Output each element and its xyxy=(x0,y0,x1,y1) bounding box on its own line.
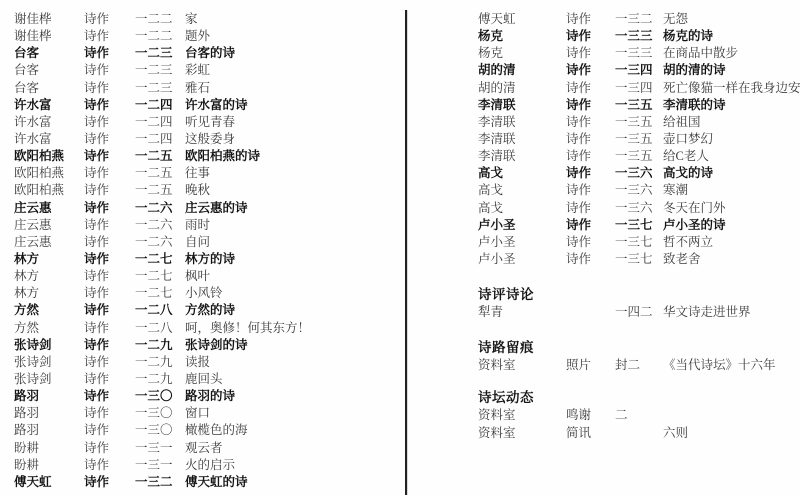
toc-cell-name: 谢佳桦 xyxy=(14,28,84,45)
toc-row: 林方诗作一二七枫叶 xyxy=(14,268,402,285)
toc-cell-type: 简讯 xyxy=(566,425,615,442)
toc-cell-type: 诗作 xyxy=(566,165,615,182)
toc-cell-title: 张诗剑的诗 xyxy=(185,337,402,354)
toc-cell-type: 诗作 xyxy=(84,148,135,165)
toc-cell-title: 小风铃 xyxy=(185,285,402,302)
toc-cell-name: 谢佳桦 xyxy=(14,11,84,28)
toc-cell-type: 诗作 xyxy=(84,268,135,285)
toc-cell-title: 台客的诗 xyxy=(185,45,402,62)
toc-cell-name: 许水富 xyxy=(14,97,84,114)
section-rows: 资料室照片封二《当代诗坛》十六年 xyxy=(478,357,796,374)
toc-cell-page: 一三七 xyxy=(615,251,663,268)
toc-cell-title: 火的启示 xyxy=(185,457,402,474)
toc-cell-name: 卢小圣 xyxy=(478,234,566,251)
toc-cell-type: 诗作 xyxy=(84,354,135,371)
toc-cell-page: 一三五 xyxy=(615,131,663,148)
toc-cell-title: 林方的诗 xyxy=(185,251,402,268)
toc-cell-name: 傅天虹 xyxy=(14,474,84,491)
toc-cell-page: 一三一 xyxy=(135,440,185,457)
toc-cell-title: 听见青春 xyxy=(185,114,402,131)
toc-cell-page: 一二四 xyxy=(135,114,185,131)
toc-cell-type: 诗作 xyxy=(84,422,135,439)
toc-cell-type: 鸣谢 xyxy=(566,407,615,424)
toc-cell-page: 一二三 xyxy=(135,45,185,62)
toc-cell-title: 雅石 xyxy=(185,80,402,97)
toc-cell-page: 一二七 xyxy=(135,285,185,302)
toc-cell-page: 一二四 xyxy=(135,131,185,148)
toc-cell-title: 读报 xyxy=(185,354,402,371)
toc-cell-title: 给C老人 xyxy=(663,148,796,165)
toc-cell-page: 一二九 xyxy=(135,371,185,388)
toc-cell-page: 一三五 xyxy=(615,114,663,131)
toc-cell-type: 诗作 xyxy=(566,234,615,251)
toc-cell-type: 诗作 xyxy=(84,62,135,79)
toc-row: 庄云惠诗作一二六庄云惠的诗 xyxy=(14,200,402,217)
toc-cell-page: 一二三 xyxy=(135,62,185,79)
toc-cell-page: 一三六 xyxy=(615,182,663,199)
toc-cell-title: 壶口梦幻 xyxy=(663,131,796,148)
toc-cell-title: 这般委身 xyxy=(185,131,402,148)
toc-cell-type: 诗作 xyxy=(566,148,615,165)
toc-row: 庄云惠诗作一二六雨时 xyxy=(14,217,402,234)
toc-cell-name: 卢小圣 xyxy=(478,251,566,268)
toc-cell-name: 路羽 xyxy=(14,388,84,405)
toc-left-column: 谢佳桦诗作一二二家谢佳桦诗作一二二题外台客诗作一二三台客的诗台客诗作一二三彩虹台… xyxy=(14,11,402,491)
toc-row: 张诗剑诗作一二九读报 xyxy=(14,354,402,371)
toc-row: 许水富诗作一二四许水富的诗 xyxy=(14,97,402,114)
toc-cell-type: 诗作 xyxy=(84,182,135,199)
toc-cell-name: 林方 xyxy=(14,251,84,268)
toc-cell-name: 张诗剑 xyxy=(14,371,84,388)
toc-cell-title xyxy=(663,407,796,424)
toc-cell-title: 寒潮 xyxy=(663,182,796,199)
toc-cell-name: 盼耕 xyxy=(14,457,84,474)
toc-cell-title: 窗口 xyxy=(185,405,402,422)
toc-cell-title: 题外 xyxy=(185,28,402,45)
toc-cell-type: 诗作 xyxy=(566,217,615,234)
toc-row: 李清联诗作一三五李清联的诗 xyxy=(478,97,796,114)
toc-row: 庄云惠诗作一二六自问 xyxy=(14,234,402,251)
toc-cell-page: 一二九 xyxy=(135,354,185,371)
toc-row: 林方诗作一二七小风铃 xyxy=(14,285,402,302)
toc-row: 高戈诗作一三六冬天在门外 xyxy=(478,200,796,217)
toc-cell-name: 张诗剑 xyxy=(14,337,84,354)
toc-cell-type: 诗作 xyxy=(84,440,135,457)
toc-row: 许水富诗作一二四听见青春 xyxy=(14,114,402,131)
toc-cell-page: 一二五 xyxy=(135,182,185,199)
toc-row: 傅天虹诗作一三二无怨 xyxy=(478,11,796,28)
toc-cell-type: 诗作 xyxy=(566,62,615,79)
toc-row: 谢佳桦诗作一二二家 xyxy=(14,11,402,28)
toc-cell-type: 诗作 xyxy=(84,234,135,251)
toc-row: 高戈诗作一三六高戈的诗 xyxy=(478,165,796,182)
toc-row: 卢小圣诗作一三七致老舍 xyxy=(478,251,796,268)
toc-row: 李清联诗作一三五给祖国 xyxy=(478,114,796,131)
toc-cell-type: 诗作 xyxy=(84,97,135,114)
section-poetry-road-traces: 诗路留痕 资料室照片封二《当代诗坛》十六年 xyxy=(478,338,796,374)
toc-row: 资料室简讯六则 xyxy=(478,425,796,442)
toc-row: 欧阳柏燕诗作一二五往事 xyxy=(14,165,402,182)
toc-row: 张诗剑诗作一二九鹿回头 xyxy=(14,371,402,388)
toc-cell-name: 李清联 xyxy=(478,148,566,165)
toc-cell-title: 路羽的诗 xyxy=(185,388,402,405)
toc-cell-type: 诗作 xyxy=(84,388,135,405)
toc-cell-name: 资料室 xyxy=(478,357,566,374)
toc-row: 林方诗作一二七林方的诗 xyxy=(14,251,402,268)
toc-cell-name: 林方 xyxy=(14,285,84,302)
toc-cell-page: 一二八 xyxy=(135,302,185,319)
toc-row: 路羽诗作一三〇窗口 xyxy=(14,405,402,422)
toc-cell-type: 诗作 xyxy=(84,371,135,388)
toc-row: 犁青一四二华文诗走进世界 xyxy=(478,304,796,321)
toc-cell-name: 高戈 xyxy=(478,165,566,182)
toc-cell-name: 方然 xyxy=(14,302,84,319)
toc-row: 欧阳柏燕诗作一二五晚秋 xyxy=(14,182,402,199)
toc-row: 胡的清诗作一三四死亡像猫一样在我身边安睡 xyxy=(478,80,796,97)
toc-cell-page: 一三六 xyxy=(615,200,663,217)
toc-cell-name: 欧阳柏燕 xyxy=(14,148,84,165)
toc-row: 方然诗作一二八方然的诗 xyxy=(14,302,402,319)
toc-cell-name: 林方 xyxy=(14,268,84,285)
toc-cell-name: 张诗剑 xyxy=(14,354,84,371)
toc-row: 李清联诗作一三五给C老人 xyxy=(478,148,796,165)
toc-cell-type: 诗作 xyxy=(566,251,615,268)
toc-cell-name: 欧阳柏燕 xyxy=(14,182,84,199)
toc-cell-title: 《当代诗坛》十六年 xyxy=(663,357,796,374)
toc-cell-type: 诗作 xyxy=(566,80,615,97)
toc-cell-title: 在商品中散步 xyxy=(663,45,796,62)
toc-cell-page: 一二三 xyxy=(135,80,185,97)
toc-cell-title: 冬天在门外 xyxy=(663,200,796,217)
toc-cell-name: 资料室 xyxy=(478,425,566,442)
toc-cell-title: 鹿回头 xyxy=(185,371,402,388)
toc-cell-name: 胡的清 xyxy=(478,62,566,79)
right-toc-list: 傅天虹诗作一三二无怨杨克诗作一三三杨克的诗杨克诗作一三三在商品中散步胡的清诗作一… xyxy=(478,11,796,268)
left-toc-list: 谢佳桦诗作一二二家谢佳桦诗作一二二题外台客诗作一二三台客的诗台客诗作一二三彩虹台… xyxy=(14,11,402,491)
toc-cell-title: 橄榄色的海 xyxy=(185,422,402,439)
toc-cell-type: 诗作 xyxy=(84,474,135,491)
toc-row: 杨克诗作一三三在商品中散步 xyxy=(478,45,796,62)
toc-cell-name: 台客 xyxy=(14,62,84,79)
toc-page: 谢佳桦诗作一二二家谢佳桦诗作一二二题外台客诗作一二三台客的诗台客诗作一二三彩虹台… xyxy=(0,0,800,495)
toc-row: 胡的清诗作一三四胡的清的诗 xyxy=(478,62,796,79)
toc-cell-name: 资料室 xyxy=(478,407,566,424)
toc-cell-type: 诗作 xyxy=(566,114,615,131)
toc-cell-title: 往事 xyxy=(185,165,402,182)
toc-row: 台客诗作一二三雅石 xyxy=(14,80,402,97)
toc-cell-name: 台客 xyxy=(14,45,84,62)
toc-cell-type: 诗作 xyxy=(566,11,615,28)
toc-cell-title: 给祖国 xyxy=(663,114,796,131)
section-rows: 资料室鸣谢二资料室简讯六则 xyxy=(478,407,796,441)
toc-cell-title: 华文诗走进世界 xyxy=(663,304,796,321)
toc-cell-name: 李清联 xyxy=(478,97,566,114)
toc-cell-page: 一三三 xyxy=(615,28,663,45)
toc-cell-title: 晚秋 xyxy=(185,182,402,199)
toc-cell-type xyxy=(566,304,615,321)
toc-cell-page: 一二六 xyxy=(135,217,185,234)
toc-cell-type: 诗作 xyxy=(84,302,135,319)
toc-cell-title: 杨克的诗 xyxy=(663,28,796,45)
toc-cell-title: 六则 xyxy=(663,425,796,442)
toc-cell-name: 许水富 xyxy=(14,114,84,131)
toc-cell-type: 照片 xyxy=(566,357,615,374)
toc-cell-title: 方然的诗 xyxy=(185,302,402,319)
toc-cell-page: 一三〇 xyxy=(135,388,185,405)
toc-cell-title: 哲不两立 xyxy=(663,234,796,251)
toc-cell-title: 庄云惠的诗 xyxy=(185,200,402,217)
toc-cell-name: 庄云惠 xyxy=(14,217,84,234)
toc-cell-name: 台客 xyxy=(14,80,84,97)
toc-cell-type: 诗作 xyxy=(84,45,135,62)
toc-cell-type: 诗作 xyxy=(84,114,135,131)
toc-row: 盼耕诗作一三一观云者 xyxy=(14,440,402,457)
toc-cell-type: 诗作 xyxy=(84,165,135,182)
section-header: 诗路留痕 xyxy=(478,338,796,357)
toc-cell-type: 诗作 xyxy=(84,405,135,422)
toc-cell-type: 诗作 xyxy=(84,251,135,268)
toc-cell-name: 犁青 xyxy=(478,304,566,321)
toc-row: 卢小圣诗作一三七哲不两立 xyxy=(478,234,796,251)
toc-cell-type: 诗作 xyxy=(84,131,135,148)
toc-cell-title: 呵，奥修！何其东方！ xyxy=(185,320,402,337)
toc-cell-page: 一二八 xyxy=(135,320,185,337)
toc-row: 高戈诗作一三六寒潮 xyxy=(478,182,796,199)
toc-cell-type: 诗作 xyxy=(566,97,615,114)
toc-cell-page: 一二二 xyxy=(135,11,185,28)
toc-cell-name: 路羽 xyxy=(14,422,84,439)
toc-row: 欧阳柏燕诗作一二五欧阳柏燕的诗 xyxy=(14,148,402,165)
toc-cell-title: 胡的清的诗 xyxy=(663,62,796,79)
toc-cell-page: 一三七 xyxy=(615,234,663,251)
toc-cell-title: 欧阳柏燕的诗 xyxy=(185,148,402,165)
toc-cell-page: 一三六 xyxy=(615,165,663,182)
toc-cell-title: 观云者 xyxy=(185,440,402,457)
toc-cell-page: 一三四 xyxy=(615,80,663,97)
toc-row: 李清联诗作一三五壶口梦幻 xyxy=(478,131,796,148)
toc-cell-title: 雨时 xyxy=(185,217,402,234)
section-header: 诗坛动态 xyxy=(478,388,796,407)
toc-cell-name: 傅天虹 xyxy=(478,11,566,28)
toc-cell-page: 一二五 xyxy=(135,148,185,165)
toc-cell-title: 彩虹 xyxy=(185,62,402,79)
section-rows: 犁青一四二华文诗走进世界 xyxy=(478,304,796,321)
toc-row: 方然诗作一二八呵，奥修！何其东方！ xyxy=(14,320,402,337)
toc-cell-page: 一二二 xyxy=(135,28,185,45)
toc-cell-name: 杨克 xyxy=(478,45,566,62)
toc-cell-name: 高戈 xyxy=(478,200,566,217)
toc-cell-type: 诗作 xyxy=(84,285,135,302)
toc-cell-name: 高戈 xyxy=(478,182,566,199)
toc-cell-page: 一三三 xyxy=(615,45,663,62)
toc-cell-type: 诗作 xyxy=(566,131,615,148)
toc-row: 许水富诗作一二四这般委身 xyxy=(14,131,402,148)
toc-cell-page: 一三四 xyxy=(615,62,663,79)
toc-cell-title: 许水富的诗 xyxy=(185,97,402,114)
toc-cell-page: 一四二 xyxy=(615,304,663,321)
toc-cell-name: 方然 xyxy=(14,320,84,337)
toc-cell-type: 诗作 xyxy=(566,200,615,217)
toc-cell-type: 诗作 xyxy=(566,28,615,45)
toc-cell-page: 一二九 xyxy=(135,337,185,354)
toc-cell-page: 一三〇 xyxy=(135,405,185,422)
toc-row: 谢佳桦诗作一二二题外 xyxy=(14,28,402,45)
toc-cell-type: 诗作 xyxy=(566,45,615,62)
toc-cell-type: 诗作 xyxy=(566,182,615,199)
toc-cell-name: 胡的清 xyxy=(478,80,566,97)
toc-cell-page: 一三一 xyxy=(135,457,185,474)
toc-cell-page: 一二七 xyxy=(135,268,185,285)
toc-cell-title: 高戈的诗 xyxy=(663,165,796,182)
toc-cell-page: 一二七 xyxy=(135,251,185,268)
toc-cell-type: 诗作 xyxy=(84,217,135,234)
toc-row: 台客诗作一二三台客的诗 xyxy=(14,45,402,62)
toc-cell-type: 诗作 xyxy=(84,28,135,45)
toc-cell-page: 一三七 xyxy=(615,217,663,234)
toc-cell-type: 诗作 xyxy=(84,457,135,474)
section-poetry-scene-news: 诗坛动态 资料室鸣谢二资料室简讯六则 xyxy=(478,388,796,441)
toc-cell-page: 一三五 xyxy=(615,97,663,114)
toc-cell-title: 自问 xyxy=(185,234,402,251)
toc-cell-page: 一三五 xyxy=(615,148,663,165)
toc-row: 台客诗作一二三彩虹 xyxy=(14,62,402,79)
toc-cell-title: 李清联的诗 xyxy=(663,97,796,114)
toc-cell-page: 一三二 xyxy=(135,474,185,491)
toc-row: 张诗剑诗作一二九张诗剑的诗 xyxy=(14,337,402,354)
toc-cell-title: 致老舍 xyxy=(663,251,796,268)
toc-cell-page: 一二四 xyxy=(135,97,185,114)
toc-cell-name: 盼耕 xyxy=(14,440,84,457)
toc-cell-name: 杨克 xyxy=(478,28,566,45)
toc-row: 杨克诗作一三三杨克的诗 xyxy=(478,28,796,45)
toc-cell-type: 诗作 xyxy=(84,80,135,97)
toc-cell-name: 路羽 xyxy=(14,405,84,422)
toc-row: 资料室照片封二《当代诗坛》十六年 xyxy=(478,357,796,374)
toc-row: 傅天虹诗作一三二傅天虹的诗 xyxy=(14,474,402,491)
toc-cell-page: 一二六 xyxy=(135,200,185,217)
column-divider-line xyxy=(405,10,407,495)
toc-row: 资料室鸣谢二 xyxy=(478,407,796,424)
toc-cell-page: 一二五 xyxy=(135,165,185,182)
toc-cell-title: 傅天虹的诗 xyxy=(185,474,402,491)
toc-cell-title: 无怨 xyxy=(663,11,796,28)
toc-cell-name: 李清联 xyxy=(478,114,566,131)
toc-row: 路羽诗作一三〇路羽的诗 xyxy=(14,388,402,405)
toc-cell-title: 卢小圣的诗 xyxy=(663,217,796,234)
toc-cell-page xyxy=(615,425,663,442)
toc-cell-title: 家 xyxy=(185,11,402,28)
toc-row: 卢小圣诗作一三七卢小圣的诗 xyxy=(478,217,796,234)
toc-cell-page: 封二 xyxy=(615,357,663,374)
toc-cell-name: 庄云惠 xyxy=(14,200,84,217)
toc-cell-type: 诗作 xyxy=(84,11,135,28)
toc-cell-type: 诗作 xyxy=(84,320,135,337)
toc-cell-page: 一三二 xyxy=(615,11,663,28)
toc-cell-title: 枫叶 xyxy=(185,268,402,285)
toc-right-column: 傅天虹诗作一三二无怨杨克诗作一三三杨克的诗杨克诗作一三三在商品中散步胡的清诗作一… xyxy=(478,11,796,442)
toc-cell-name: 欧阳柏燕 xyxy=(14,165,84,182)
toc-cell-type: 诗作 xyxy=(84,200,135,217)
toc-cell-name: 卢小圣 xyxy=(478,217,566,234)
section-poetry-criticism: 诗评诗论 犁青一四二华文诗走进世界 xyxy=(478,285,796,321)
toc-cell-page: 一二六 xyxy=(135,234,185,251)
toc-cell-title: 死亡像猫一样在我身边安睡 xyxy=(663,80,800,97)
toc-row: 盼耕诗作一三一火的启示 xyxy=(14,457,402,474)
section-header: 诗评诗论 xyxy=(478,285,796,304)
toc-cell-name: 李清联 xyxy=(478,131,566,148)
toc-cell-name: 许水富 xyxy=(14,131,84,148)
toc-cell-name: 庄云惠 xyxy=(14,234,84,251)
toc-cell-type: 诗作 xyxy=(84,337,135,354)
toc-cell-page: 二 xyxy=(615,407,663,424)
toc-cell-page: 一三〇 xyxy=(135,422,185,439)
toc-row: 路羽诗作一三〇橄榄色的海 xyxy=(14,422,402,439)
